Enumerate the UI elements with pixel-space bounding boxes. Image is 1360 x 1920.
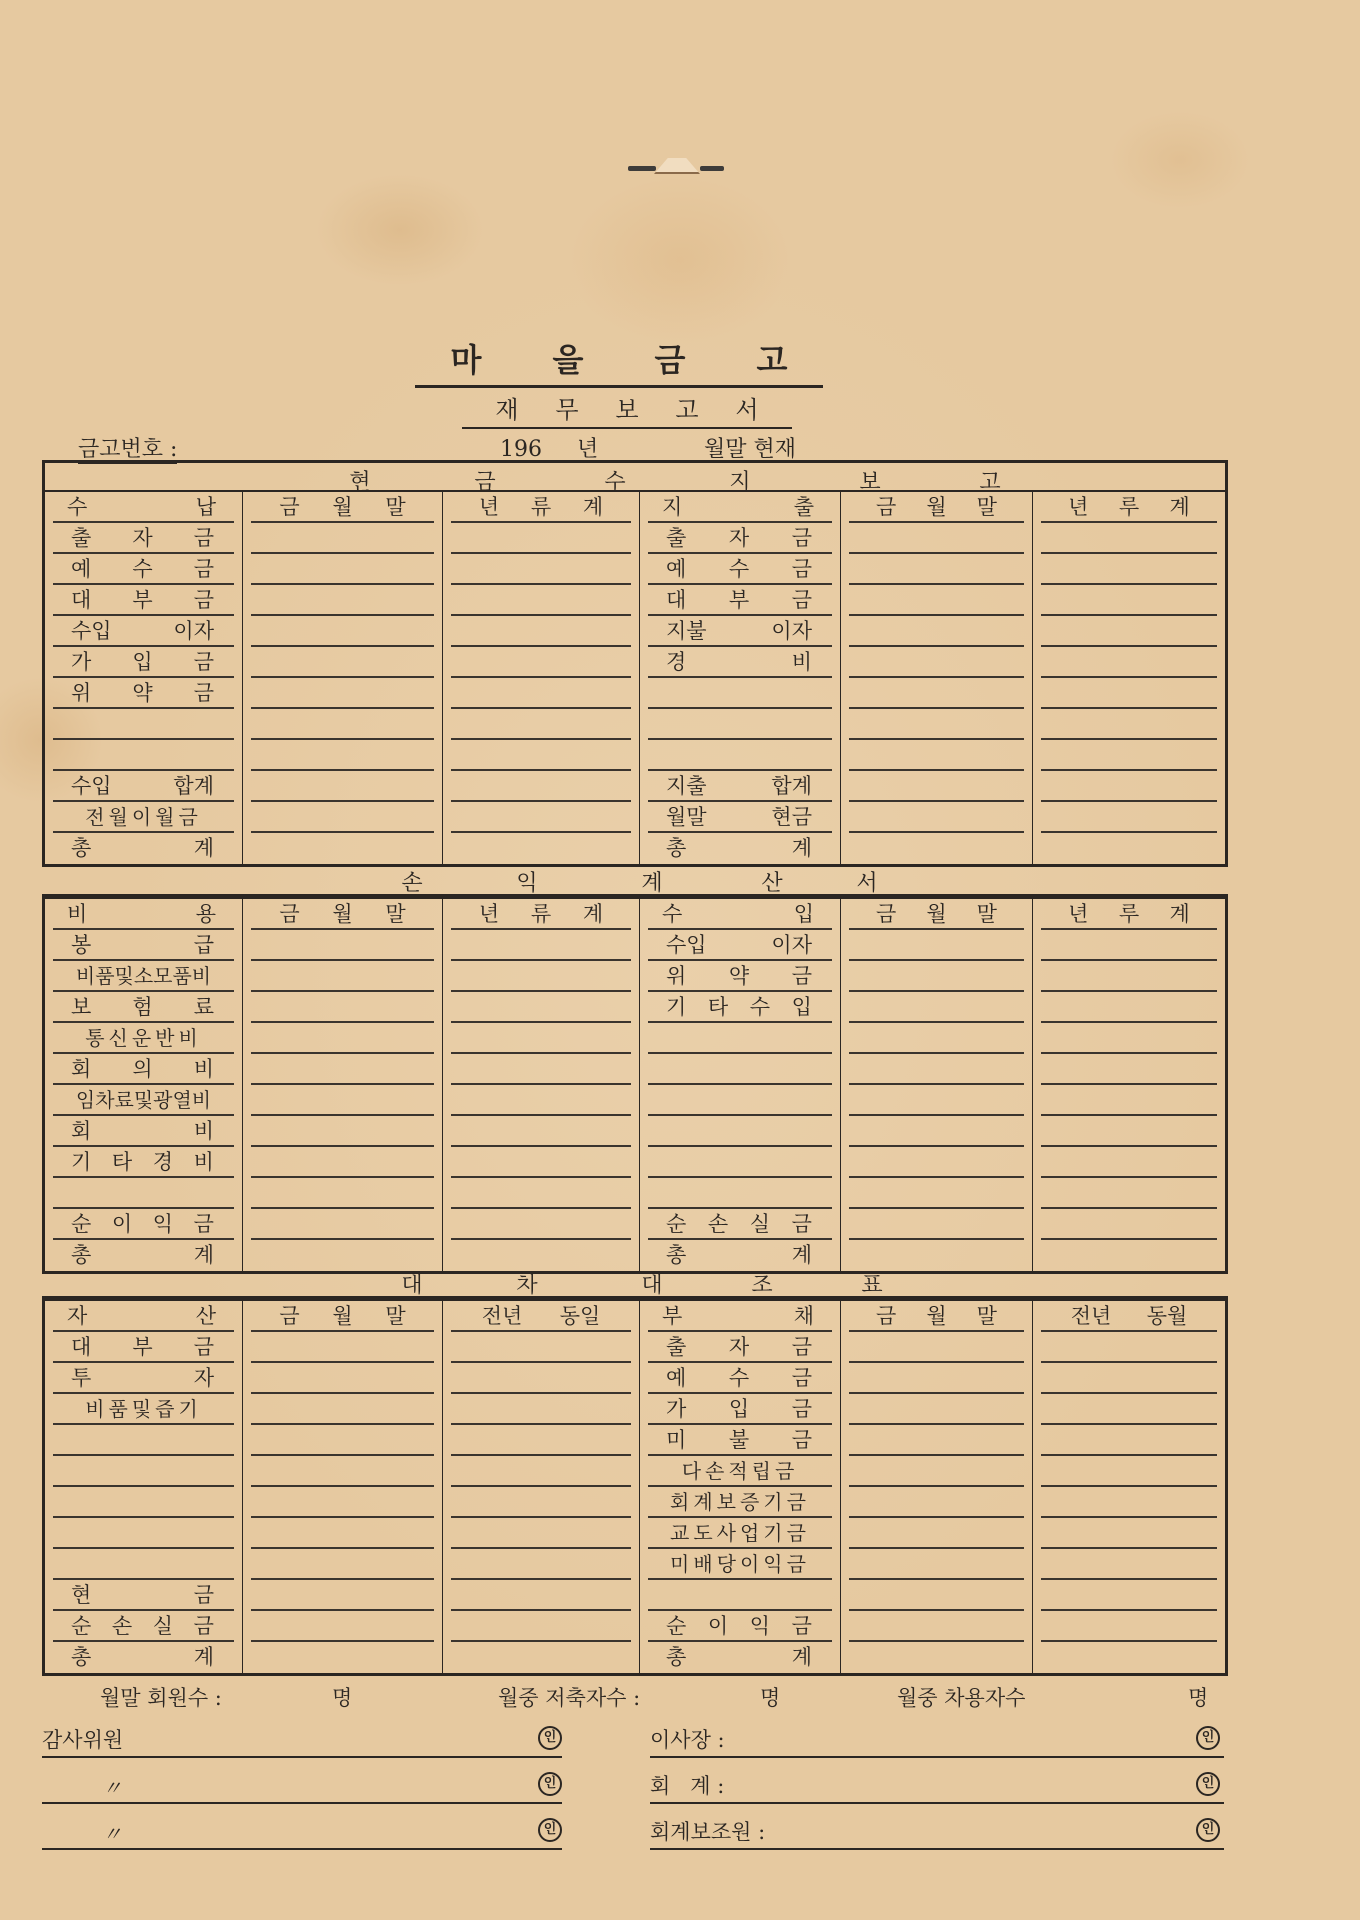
row-label: 예수금 (640, 554, 841, 585)
amount-cell[interactable] (443, 1580, 640, 1611)
column-header: 부채 (640, 1301, 841, 1332)
amount-cell[interactable] (243, 523, 443, 554)
amount-cell[interactable] (243, 709, 443, 740)
amount-cell[interactable] (443, 647, 640, 678)
row-label: 대부금 (640, 585, 841, 616)
row-label: 대부금 (45, 585, 243, 616)
row-label: 회비 (45, 1116, 243, 1147)
table-row: 수입합계지출합계 (45, 771, 1225, 802)
row-label: 순손실금 (45, 1611, 243, 1642)
amount-cell[interactable] (243, 771, 443, 802)
amount-cell[interactable] (1033, 523, 1225, 554)
column-header: 전년동일 (443, 1301, 640, 1332)
amount-cell[interactable] (841, 992, 1033, 1023)
auditor-signature-1[interactable]: 감사위원 인 (42, 1722, 562, 1758)
amount-cell[interactable] (443, 930, 640, 961)
row-label (640, 1085, 841, 1116)
amount-cell[interactable] (443, 1054, 640, 1085)
amount-cell[interactable] (841, 833, 1033, 864)
table-header-row: 자산금월말전년동일부채금월말전년동월 (45, 1301, 1225, 1332)
amount-cell[interactable] (1033, 1549, 1225, 1580)
amount-cell[interactable] (443, 1332, 640, 1363)
amount-cell[interactable] (841, 1116, 1033, 1147)
amount-cell[interactable] (443, 709, 640, 740)
column-header: 수납 (45, 492, 243, 523)
table-header-row: 수납금월말년류계지출금월말년루계 (45, 492, 1225, 523)
row-label: 통신운반비 (45, 1023, 243, 1054)
auditor-label: 감사위원 (42, 1724, 123, 1754)
row-label (45, 1456, 243, 1487)
amount-cell[interactable] (443, 678, 640, 709)
row-label: 회계보증기금 (640, 1487, 841, 1518)
seal-icon: 인 (1196, 1726, 1220, 1750)
amount-cell[interactable] (841, 1487, 1033, 1518)
amount-cell[interactable] (443, 802, 640, 833)
amount-cell[interactable] (841, 1147, 1033, 1178)
balance-sheet-section: 대 차 대 조 표 자산금월말전년동일부채금월말전년동월대부금출자금투자예수금비… (42, 1266, 1228, 1676)
column-header: 비용 (45, 899, 243, 930)
seal-icon: 인 (538, 1772, 562, 1796)
table-row: 회의비 (45, 1054, 1225, 1085)
amount-cell[interactable] (243, 1332, 443, 1363)
row-label: 대부금 (45, 1332, 243, 1363)
amount-cell[interactable] (443, 1394, 640, 1425)
seal-icon: 인 (538, 1818, 562, 1842)
amount-cell[interactable] (443, 1116, 640, 1147)
row-label: 기타경비 (45, 1147, 243, 1178)
table-row: 임차료및광열비 (45, 1085, 1225, 1116)
seal-icon: 인 (538, 1726, 562, 1750)
amount-cell[interactable] (243, 1487, 443, 1518)
table-row: 미배당이익금 (45, 1549, 1225, 1580)
ditto-mark: 〃 (102, 1772, 122, 1801)
amount-cell[interactable] (443, 585, 640, 616)
amount-cell[interactable] (443, 833, 640, 864)
amount-cell[interactable] (1033, 802, 1225, 833)
amount-cell[interactable] (443, 1456, 640, 1487)
amount-cell[interactable] (243, 1085, 443, 1116)
amount-cell[interactable] (243, 740, 443, 771)
amount-cell[interactable] (1033, 1456, 1225, 1487)
amount-cell[interactable] (243, 647, 443, 678)
amount-cell[interactable] (1033, 961, 1225, 992)
savers-label: 월중 저축자수 : (498, 1682, 640, 1712)
amount-cell[interactable] (841, 585, 1033, 616)
row-label (45, 1518, 243, 1549)
table-row: 총계총계 (45, 1642, 1225, 1673)
amount-cell[interactable] (443, 1023, 640, 1054)
cash-report-section: 현 금 수 지 보 고 수납금월말년류계지출금월말년루계출자금출자금예수금예수금… (42, 460, 1228, 867)
amount-cell[interactable] (443, 1178, 640, 1209)
column-header: 년류계 (443, 492, 640, 523)
amount-cell[interactable] (1033, 1023, 1225, 1054)
table-row: 봉급수입이자 (45, 930, 1225, 961)
amount-cell[interactable] (1033, 1580, 1225, 1611)
row-label: 총계 (640, 1642, 841, 1673)
amount-cell[interactable] (841, 1332, 1033, 1363)
table-row: 순손실금순이익금 (45, 1611, 1225, 1642)
table-row: 통신운반비 (45, 1023, 1225, 1054)
vault-number-field[interactable]: 금고번호 : (78, 432, 177, 463)
amount-cell[interactable] (443, 1642, 640, 1673)
amount-cell[interactable] (443, 771, 640, 802)
amount-cell[interactable] (243, 1147, 443, 1178)
table-row: 예수금예수금 (45, 554, 1225, 585)
cash-report-table: 수납금월말년류계지출금월말년루계출자금출자금예수금예수금대부금대부금수입이자지불… (42, 492, 1228, 867)
column-header: 자산 (45, 1301, 243, 1332)
row-label: 순이익금 (45, 1209, 243, 1240)
amount-cell[interactable] (1033, 1394, 1225, 1425)
row-label: 월말현금 (640, 802, 841, 833)
amount-cell[interactable] (443, 1147, 640, 1178)
column-header: 수입 (640, 899, 841, 930)
row-label: 보험료 (45, 992, 243, 1023)
amount-cell[interactable] (841, 1209, 1033, 1240)
table-row (45, 709, 1225, 740)
chairman-signature[interactable]: 이사장 : 인 (650, 1722, 1224, 1758)
amount-cell[interactable] (841, 1023, 1033, 1054)
table-row: 총계총계 (45, 833, 1225, 864)
amount-cell[interactable] (243, 616, 443, 647)
auditor-signature-3[interactable]: 〃 인 (42, 1814, 562, 1850)
amount-cell[interactable] (243, 833, 443, 864)
assistant-accountant-label: 회계보조원 : (650, 1816, 765, 1846)
auditor-signature-2[interactable]: 〃 인 (42, 1768, 562, 1804)
row-label: 회의비 (45, 1054, 243, 1085)
amount-cell[interactable] (243, 992, 443, 1023)
ditto-mark: 〃 (102, 1818, 122, 1847)
row-label: 총계 (640, 833, 841, 864)
amount-cell[interactable] (1033, 1642, 1225, 1673)
row-label: 지불이자 (640, 616, 841, 647)
accountant-signature[interactable]: 회 계 : 인 (650, 1768, 1224, 1804)
amount-cell[interactable] (1033, 1054, 1225, 1085)
seal-icon: 인 (1196, 1772, 1220, 1796)
amount-cell[interactable] (243, 1054, 443, 1085)
row-label: 총계 (45, 1642, 243, 1673)
amount-cell[interactable] (841, 554, 1033, 585)
row-label: 순이익금 (640, 1611, 841, 1642)
amount-cell[interactable] (243, 1642, 443, 1673)
amount-cell[interactable] (841, 1642, 1033, 1673)
assistant-accountant-signature[interactable]: 회계보조원 : 인 (650, 1814, 1224, 1850)
table-row: 대부금출자금 (45, 1332, 1225, 1363)
amount-cell[interactable] (841, 961, 1033, 992)
column-header: 금월말 (841, 492, 1033, 523)
table-row: 비품및즙기가입금 (45, 1394, 1225, 1425)
row-label: 비품및소모품비 (45, 961, 243, 992)
amount-cell[interactable] (243, 1116, 443, 1147)
amount-cell[interactable] (243, 1209, 443, 1240)
income-statement-title: 손 익 계 산 서 (42, 864, 1228, 896)
amount-cell[interactable] (443, 1209, 640, 1240)
amount-cell[interactable] (1033, 554, 1225, 585)
amount-cell[interactable] (1033, 647, 1225, 678)
column-header: 년루계 (1033, 492, 1225, 523)
members-label: 월말 회원수 : (100, 1682, 222, 1712)
row-label: 다손적립금 (640, 1456, 841, 1487)
row-label: 총계 (45, 833, 243, 864)
column-header: 금월말 (243, 492, 443, 523)
row-label: 출자금 (45, 523, 243, 554)
row-label: 현금 (45, 1580, 243, 1611)
row-label (640, 1054, 841, 1085)
amount-cell[interactable] (841, 1054, 1033, 1085)
row-label: 봉급 (45, 930, 243, 961)
table-row: 보험료기타수입 (45, 992, 1225, 1023)
amount-cell[interactable] (841, 930, 1033, 961)
table-row: 교도사업기금 (45, 1518, 1225, 1549)
amount-cell[interactable] (243, 1518, 443, 1549)
amount-cell[interactable] (1033, 992, 1225, 1023)
table-row: 출자금출자금 (45, 523, 1225, 554)
amount-cell[interactable] (841, 771, 1033, 802)
row-label: 지출합계 (640, 771, 841, 802)
amount-cell[interactable] (243, 1456, 443, 1487)
row-label: 출자금 (640, 523, 841, 554)
amount-cell[interactable] (1033, 1209, 1225, 1240)
borrowers-label: 월중 차용자수 (897, 1682, 1025, 1712)
date-year-unit: 년 (577, 432, 697, 463)
table-row: 회비 (45, 1116, 1225, 1147)
date-year: 196 (500, 437, 570, 462)
table-row: 전월이월금월말현금 (45, 802, 1225, 833)
amount-cell[interactable] (841, 1549, 1033, 1580)
amount-cell[interactable] (443, 1487, 640, 1518)
amount-cell[interactable] (243, 930, 443, 961)
amount-cell[interactable] (443, 740, 640, 771)
amount-cell[interactable] (841, 1085, 1033, 1116)
column-header: 금월말 (841, 899, 1033, 930)
amount-cell[interactable] (1033, 678, 1225, 709)
row-label (45, 1425, 243, 1456)
amount-cell[interactable] (243, 1611, 443, 1642)
amount-cell[interactable] (243, 1363, 443, 1394)
amount-cell[interactable] (841, 802, 1033, 833)
balance-sheet-table: 자산금월말전년동일부채금월말전년동월대부금출자금투자예수금비품및즙기가입금미불금… (42, 1298, 1228, 1676)
row-label: 전월이월금 (45, 802, 243, 833)
amount-cell[interactable] (1033, 1611, 1225, 1642)
amount-cell[interactable] (443, 1085, 640, 1116)
amount-cell[interactable] (841, 709, 1033, 740)
row-label (640, 1023, 841, 1054)
row-label (640, 740, 841, 771)
amount-cell[interactable] (443, 992, 640, 1023)
row-label: 비품및즙기 (45, 1394, 243, 1425)
row-label (640, 1116, 841, 1147)
amount-cell[interactable] (841, 616, 1033, 647)
amount-cell[interactable] (243, 1425, 443, 1456)
amount-cell[interactable] (1033, 1425, 1225, 1456)
chairman-label: 이사장 : (650, 1724, 725, 1754)
row-label (45, 1178, 243, 1209)
income-statement-table: 비용금월말년류계수입금월말년루계봉급수입이자비품및소모품비위약금보험료기타수입통… (42, 896, 1228, 1274)
row-label: 수입합계 (45, 771, 243, 802)
amount-cell[interactable] (243, 585, 443, 616)
document-subtitle: 재무보고서 (462, 390, 792, 429)
amount-cell[interactable] (1033, 1116, 1225, 1147)
members-unit: 명 (332, 1682, 352, 1712)
row-label (45, 1487, 243, 1518)
income-statement-section: 손 익 계 산 서 비용금월말년류계수입금월말년루계봉급수입이자비품및소모품비위… (42, 864, 1228, 1274)
table-header-row: 비용금월말년류계수입금월말년루계 (45, 899, 1225, 930)
row-label (640, 1178, 841, 1209)
row-label: 수입이자 (45, 616, 243, 647)
amount-cell[interactable] (443, 1611, 640, 1642)
amount-cell[interactable] (841, 523, 1033, 554)
amount-cell[interactable] (243, 1178, 443, 1209)
amount-cell[interactable] (443, 554, 640, 585)
column-header: 금월말 (841, 1301, 1033, 1332)
cash-report-title: 현 금 수 지 보 고 (42, 460, 1228, 492)
column-header: 년류계 (443, 899, 640, 930)
table-row (45, 1178, 1225, 1209)
amount-cell[interactable] (243, 678, 443, 709)
table-row: 수입이자지불이자 (45, 616, 1225, 647)
amount-cell[interactable] (841, 678, 1033, 709)
amount-cell[interactable] (1033, 740, 1225, 771)
row-label: 기타수입 (640, 992, 841, 1023)
row-label: 미불금 (640, 1425, 841, 1456)
amount-cell[interactable] (1033, 1518, 1225, 1549)
amount-cell[interactable] (1033, 1147, 1225, 1178)
column-header: 금월말 (243, 899, 443, 930)
table-row (45, 740, 1225, 771)
table-row: 회계보증기금 (45, 1487, 1225, 1518)
column-header: 전년동월 (1033, 1301, 1225, 1332)
amount-cell[interactable] (1033, 930, 1225, 961)
row-label: 수입이자 (640, 930, 841, 961)
amount-cell[interactable] (1033, 1178, 1225, 1209)
table-row: 위약금 (45, 678, 1225, 709)
row-label: 교도사업기금 (640, 1518, 841, 1549)
borrowers-unit: 명 (1188, 1682, 1208, 1712)
amount-cell[interactable] (443, 961, 640, 992)
amount-cell[interactable] (1033, 1363, 1225, 1394)
amount-cell[interactable] (243, 802, 443, 833)
amount-cell[interactable] (1033, 771, 1225, 802)
table-row: 투자예수금 (45, 1363, 1225, 1394)
row-label: 예수금 (640, 1363, 841, 1394)
table-row: 대부금대부금 (45, 585, 1225, 616)
row-label: 투자 (45, 1363, 243, 1394)
amount-cell[interactable] (1033, 709, 1225, 740)
amount-cell[interactable] (1033, 1487, 1225, 1518)
amount-cell[interactable] (1033, 1085, 1225, 1116)
row-label (45, 709, 243, 740)
amount-cell[interactable] (243, 1580, 443, 1611)
accountant-label: 회 계 : (650, 1770, 724, 1800)
savers-unit: 명 (760, 1682, 780, 1712)
amount-cell[interactable] (841, 1178, 1033, 1209)
amount-cell[interactable] (443, 1549, 640, 1580)
amount-cell[interactable] (443, 1518, 640, 1549)
amount-cell[interactable] (443, 616, 640, 647)
date-month-suffix: 월말 현재 (704, 432, 796, 463)
staple-mark (628, 158, 724, 180)
row-label (45, 740, 243, 771)
row-label: 예수금 (45, 554, 243, 585)
amount-cell[interactable] (841, 1580, 1033, 1611)
row-label (640, 709, 841, 740)
amount-cell[interactable] (443, 523, 640, 554)
table-row: 다손적립금 (45, 1456, 1225, 1487)
row-label: 경비 (640, 647, 841, 678)
amount-cell[interactable] (243, 554, 443, 585)
seal-icon: 인 (1196, 1818, 1220, 1842)
amount-cell[interactable] (841, 1611, 1033, 1642)
row-label: 위약금 (640, 961, 841, 992)
row-label: 미배당이익금 (640, 1549, 841, 1580)
amount-cell[interactable] (243, 1023, 443, 1054)
amount-cell[interactable] (443, 1425, 640, 1456)
amount-cell[interactable] (1033, 585, 1225, 616)
amount-cell[interactable] (841, 1363, 1033, 1394)
row-label: 출자금 (640, 1332, 841, 1363)
column-header: 년루계 (1033, 899, 1225, 930)
report-date: 196 년 월말 현재 (500, 432, 796, 463)
amount-cell[interactable] (841, 1456, 1033, 1487)
row-label (45, 1549, 243, 1580)
amount-cell[interactable] (443, 1363, 640, 1394)
row-label: 가입금 (640, 1394, 841, 1425)
amount-cell[interactable] (243, 1394, 443, 1425)
amount-cell[interactable] (1033, 1332, 1225, 1363)
table-row: 순이익금순손실금 (45, 1209, 1225, 1240)
row-label (640, 678, 841, 709)
amount-cell[interactable] (841, 1518, 1033, 1549)
row-label: 가입금 (45, 647, 243, 678)
row-label (640, 1147, 841, 1178)
table-row: 가입금경비 (45, 647, 1225, 678)
table-row: 기타경비 (45, 1147, 1225, 1178)
amount-cell[interactable] (841, 740, 1033, 771)
amount-cell[interactable] (1033, 616, 1225, 647)
column-header: 금월말 (243, 1301, 443, 1332)
amount-cell[interactable] (243, 961, 443, 992)
table-row: 현금 (45, 1580, 1225, 1611)
row-label: 순손실금 (640, 1209, 841, 1240)
amount-cell[interactable] (841, 1394, 1033, 1425)
amount-cell[interactable] (841, 647, 1033, 678)
table-row: 비품및소모품비위약금 (45, 961, 1225, 992)
table-row: 미불금 (45, 1425, 1225, 1456)
document-title: 마을금고 (415, 335, 823, 388)
amount-cell[interactable] (243, 1549, 443, 1580)
column-header: 지출 (640, 492, 841, 523)
row-label (640, 1580, 841, 1611)
amount-cell[interactable] (841, 1425, 1033, 1456)
amount-cell[interactable] (1033, 833, 1225, 864)
balance-sheet-title: 대 차 대 조 표 (42, 1266, 1228, 1298)
row-label: 위약금 (45, 678, 243, 709)
row-label: 임차료및광열비 (45, 1085, 243, 1116)
